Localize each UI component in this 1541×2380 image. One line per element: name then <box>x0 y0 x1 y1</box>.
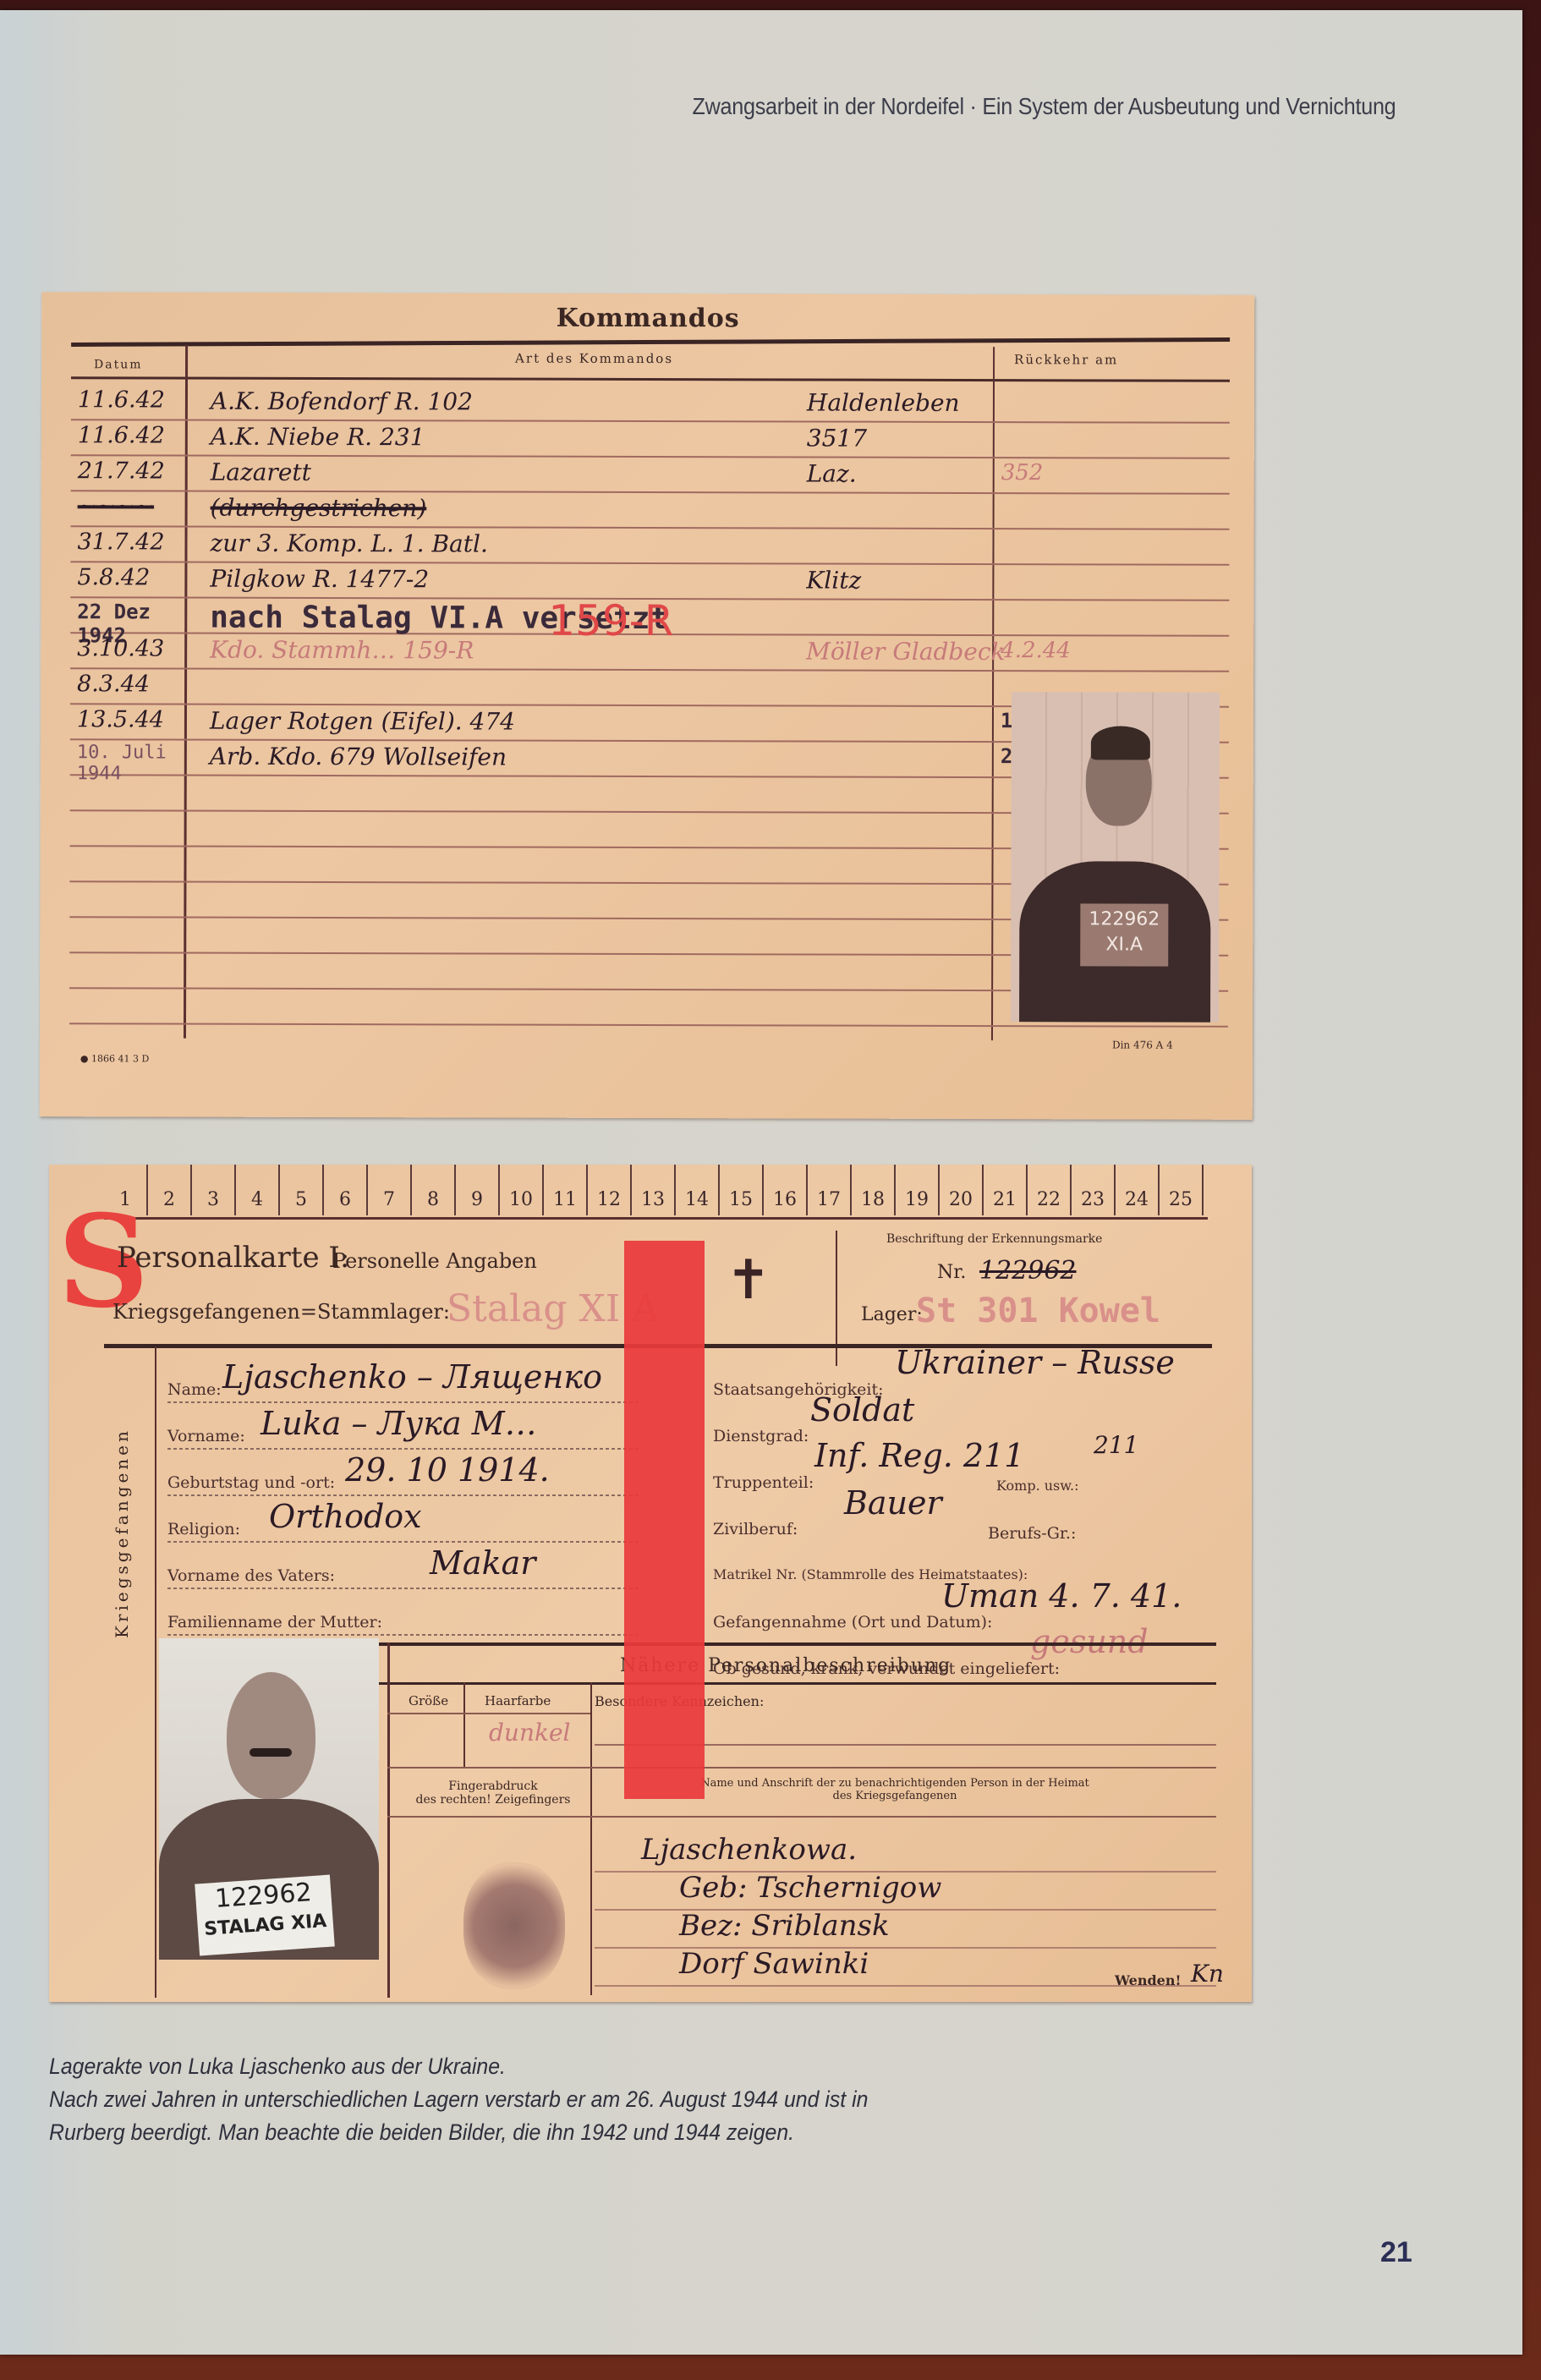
field-value: Ljaschenko – Лященко <box>222 1358 602 1396</box>
number-cell: 13 <box>632 1165 676 1215</box>
cell-place: Laz. <box>807 459 857 487</box>
field-value: Inf. Reg. 211 <box>814 1437 1024 1474</box>
divider <box>387 1816 1216 1818</box>
column-header-return: Rückkehr am <box>1014 352 1118 367</box>
column-header-kind: Art des Kommandos <box>515 351 673 366</box>
field-label: Berufs-Gr.: <box>988 1524 1076 1543</box>
cell-kind: A.K. Niebe R. 231 <box>211 423 425 452</box>
side-label: Kriegsgefangenen <box>112 1428 132 1638</box>
cell-return: 4.2.44 <box>1001 638 1071 663</box>
contact-line: Ljaschenkowa. <box>641 1833 857 1867</box>
cell-kind: Arb. Kdo. 679 Wollseifen <box>210 743 507 771</box>
kommandos-card: Kommandos Datum Art des Kommandos Rückke… <box>40 292 1255 1120</box>
prisoner-photo-1944: 122962 XI.A <box>1011 692 1220 1023</box>
dotted-line <box>167 1588 641 1589</box>
red-stamp-number: 159-R <box>548 596 673 645</box>
divider <box>387 1767 1216 1769</box>
field-label: Religion: <box>167 1520 240 1538</box>
caption-line: Rurberg beerdigt. Man beachte die beiden… <box>49 2116 868 2149</box>
field-label: Vorname des Vaters: <box>167 1566 335 1585</box>
divider <box>590 1682 592 1995</box>
cell-kind: Pilgkow R. 1477-2 <box>210 565 429 594</box>
divider <box>71 376 1230 382</box>
death-cross-icon: ✝ <box>726 1249 771 1312</box>
field-label: Truppenteil: <box>713 1473 814 1492</box>
number-cell: 25 <box>1160 1165 1204 1215</box>
column-header-date: Datum <box>94 358 143 371</box>
field-label: Vorname: <box>167 1427 245 1445</box>
cell-kind: Kdo. Stammh… 159-R <box>210 636 474 665</box>
table-row: 31.7.42zur 3. Komp. L. 1. Batl. <box>70 527 1229 566</box>
tag-nr-value: 122962 <box>979 1256 1077 1286</box>
tag-nr-label: Nr. <box>937 1262 966 1283</box>
number-cell: 21 <box>984 1165 1028 1215</box>
divider <box>337 1642 1216 1646</box>
fingerprint <box>463 1862 565 1989</box>
field-label: Geburtstag und -ort: <box>167 1473 335 1492</box>
number-cell: 14 <box>676 1165 720 1215</box>
dotted-line <box>167 1541 641 1543</box>
photo-sign: 122962 XI.A <box>1080 903 1168 966</box>
number-cell: 3 <box>192 1165 236 1215</box>
number-cell: 15 <box>720 1165 764 1215</box>
table-row: 11.6.42A.K. Bofendorf R. 102Haldenleben <box>71 385 1230 424</box>
cell-date: 11.6.42 <box>78 422 196 448</box>
field-label: Familienname der Mutter: <box>167 1613 382 1631</box>
caption-line: Nach zwei Jahren in unterschiedlichen La… <box>49 2083 868 2116</box>
number-cell: 9 <box>456 1165 500 1215</box>
field-label: Dienstgrad: <box>713 1427 809 1445</box>
number-cell: 23 <box>1072 1165 1116 1215</box>
card-title: Personalkarte I: <box>117 1241 349 1275</box>
dotted-line <box>167 1448 641 1450</box>
cell-kind: A.K. Bofendorf R. 102 <box>211 387 473 416</box>
field-value: Ukrainer – Russe <box>895 1344 1175 1381</box>
ruled-line <box>69 1023 1228 1027</box>
divider <box>387 1713 590 1714</box>
number-cell: 17 <box>808 1165 852 1215</box>
card-title: Kommandos <box>41 302 1254 335</box>
contact-line: Dorf Sawinki <box>679 1947 869 1981</box>
number-cell: 4 <box>236 1165 280 1215</box>
lager-stamp: St 301 Kowel <box>916 1291 1160 1330</box>
cell-place: Haldenleben <box>807 388 960 416</box>
photo-figure <box>1091 726 1150 760</box>
din-code: Din 476 A 4 <box>1112 1039 1173 1050</box>
dotted-line <box>167 1401 641 1403</box>
number-cell: 22 <box>1028 1165 1072 1215</box>
prisoner-photo-1942: 122962 STALAG XIA <box>159 1638 379 1960</box>
field-value: 29. 10 1914. <box>345 1451 550 1489</box>
number-cell: 12 <box>588 1165 632 1215</box>
field-label: Zivilberuf: <box>713 1520 798 1538</box>
number-cell: 16 <box>764 1165 808 1215</box>
number-cell: 24 <box>1116 1165 1160 1215</box>
cell-date: 5.8.42 <box>77 564 195 590</box>
field-value: 211 <box>1094 1431 1138 1459</box>
divider <box>71 337 1230 347</box>
table-row: 11.6.42A.K. Niebe R. 2313517 <box>71 420 1230 459</box>
divider <box>155 1346 156 1998</box>
red-marker-stripe <box>624 1241 705 1799</box>
number-cell: 19 <box>896 1165 940 1215</box>
figure-caption: Lagerakte von Luka Ljaschenko aus der Uk… <box>49 2050 868 2149</box>
divider <box>104 1217 1208 1220</box>
kommandos-rows: 11.6.42A.K. Bofendorf R. 102Haldenleben1… <box>41 292 1254 295</box>
cell-date: 13.5.44 <box>77 706 195 732</box>
contact-header: Name und Anschrift der zu benachrichtige… <box>641 1777 1149 1802</box>
book-page: Zwangsarbeit in der Nordeifel · Ein Syst… <box>0 10 1522 2355</box>
field-value: Makar <box>430 1544 535 1582</box>
divider <box>463 1682 465 1767</box>
photo-figure <box>250 1748 292 1757</box>
size-label: Größe <box>409 1693 448 1708</box>
cell-date: 11.6.42 <box>78 387 196 413</box>
fingerprint-label-line2: des rechten! Zeigefingers <box>404 1793 582 1807</box>
cell-date: 8.3.44 <box>77 671 195 697</box>
photo-sign: 122962 STALAG XIA <box>195 1875 335 1956</box>
lager-label: Lager: <box>861 1304 923 1325</box>
page-number: 21 <box>1380 2236 1412 2269</box>
card-subtitle: Personelle Angaben <box>332 1249 537 1273</box>
cell-date: 21.7.42 <box>78 458 196 484</box>
number-cell: 6 <box>324 1165 368 1215</box>
field-value: Uman 4. 7. 41. <box>941 1577 1182 1615</box>
cell-date: 31.7.42 <box>77 529 195 555</box>
photo-sign-number: 122962 <box>1080 907 1168 932</box>
dotted-line <box>167 1634 641 1636</box>
contact-line: Geb: Tschernigow <box>679 1871 941 1905</box>
contact-header-line1: Name und Anschrift der zu benachrichtige… <box>641 1777 1149 1790</box>
cell-kind: zur 3. Komp. L. 1. Batl. <box>210 529 487 558</box>
form-code: ● 1866 41 3 D <box>80 1053 149 1064</box>
running-head: Zwangsarbeit in der Nordeifel · Ein Syst… <box>692 93 1396 120</box>
divider <box>337 1682 1216 1685</box>
field-label: Komp. usw.: <box>996 1478 1079 1494</box>
stammlager-label: Kriegsgefangenen=Stammlager: <box>112 1300 450 1324</box>
cell-date: ~~~~ <box>78 493 196 519</box>
number-cell: 20 <box>940 1165 984 1215</box>
field-value: gesund <box>1030 1623 1149 1660</box>
turn-label: Wenden! <box>1115 1972 1182 1988</box>
cell-date: 3.10.43 <box>77 635 195 661</box>
field-label: Name: <box>167 1380 222 1399</box>
number-cell: 18 <box>852 1165 896 1215</box>
fingerprint-label: Fingerabdruck des rechten! Zeigefingers <box>404 1780 582 1807</box>
number-cell: 11 <box>544 1165 588 1215</box>
contact-line: Bez: Sriblansk <box>679 1909 890 1943</box>
cell-kind: (durchgestrichen) <box>211 494 427 523</box>
field-value: Luka – Лука М… <box>260 1405 537 1442</box>
caption-line: Lagerakte von Luka Ljaschenko aus der Uk… <box>49 2050 868 2083</box>
initials: Kn <box>1191 1960 1224 1988</box>
table-row: 21.7.42LazarettLaz.352 <box>71 456 1230 495</box>
field-value: Orthodox <box>269 1498 422 1535</box>
divider <box>387 1642 390 1998</box>
number-cell: 7 <box>368 1165 412 1215</box>
number-cell: 2 <box>148 1165 192 1215</box>
number-strip: 1234567891011121314151617181920212223242… <box>104 1165 1204 1215</box>
number-cell: 8 <box>412 1165 456 1215</box>
cell-kind: Lazarett <box>211 458 311 486</box>
cell-place: Möller Gladbeck <box>806 637 1005 666</box>
photo-sign-camp: XI.A <box>1080 932 1168 957</box>
fingerprint-label-line1: Fingerabdruck <box>404 1780 582 1793</box>
hair-label: Haarfarbe <box>485 1693 551 1708</box>
form-code-text: 1866 41 3 D <box>91 1053 149 1064</box>
cell-place: 3517 <box>807 424 867 452</box>
number-cell: 10 <box>500 1165 544 1215</box>
personalkarte-card: 1234567891011121314151617181920212223242… <box>49 1165 1252 2002</box>
contact-header-line2: des Kriegsgefangenen <box>641 1790 1149 1802</box>
table-row: 5.8.42Pilgkow R. 1477-2Klitz <box>70 562 1229 601</box>
cell-return: 352 <box>1001 460 1044 485</box>
number-cell: 5 <box>280 1165 324 1215</box>
tag-header: Beschriftung der Erkennungsmarke <box>886 1232 1102 1246</box>
field-value: Soldat <box>810 1391 914 1429</box>
dotted-line <box>167 1494 641 1496</box>
cell-date: 10. Juli 1944 <box>77 742 195 784</box>
cell-place: Klitz <box>806 566 861 594</box>
field-value: Bauer <box>844 1484 942 1522</box>
cell-kind: Lager Rotgen (Eifel). 474 <box>210 707 515 736</box>
hair-value: dunkel <box>489 1719 570 1747</box>
photo-figure <box>227 1672 315 1799</box>
field-label: Gefangennahme (Ort und Datum): <box>713 1613 992 1631</box>
table-row: ~~~~(durchgestrichen) <box>71 491 1230 530</box>
